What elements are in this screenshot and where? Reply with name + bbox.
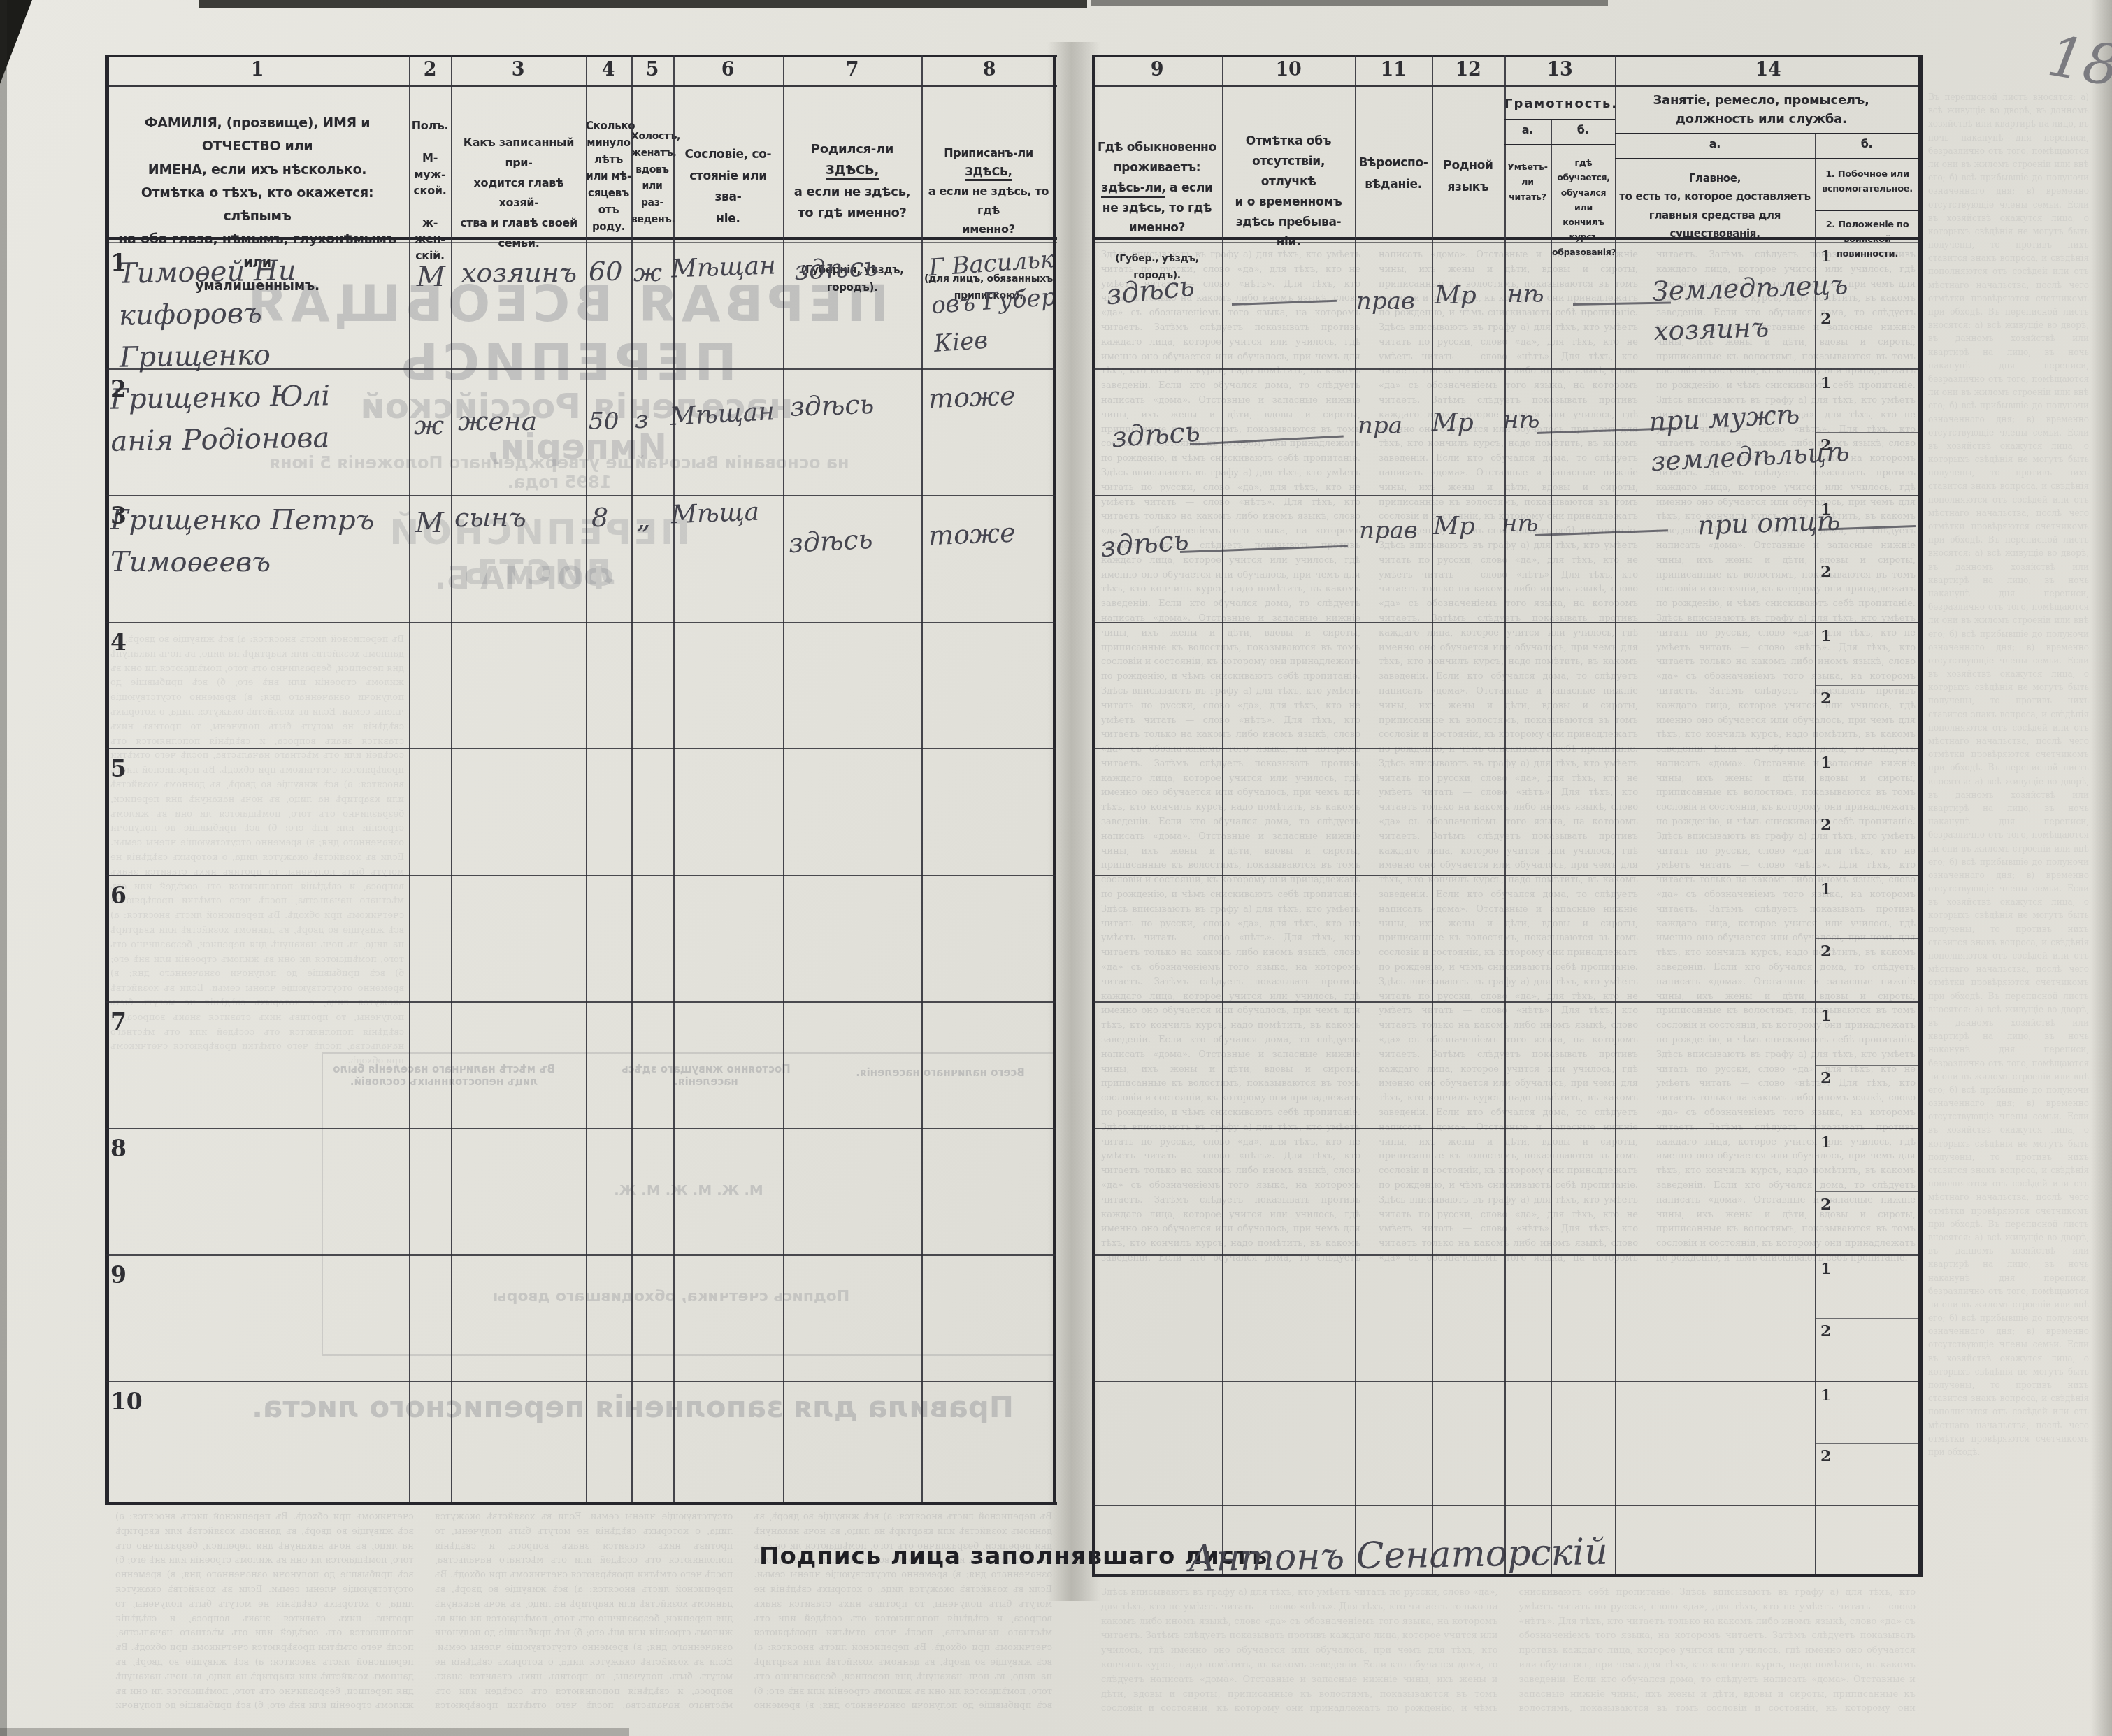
grid-line bbox=[586, 55, 587, 1502]
column-number: 8 bbox=[968, 59, 1010, 80]
grid-line bbox=[1092, 55, 1921, 57]
header-text: а если не здѣсь, то гдѣ именно? bbox=[784, 182, 920, 224]
entry-language: Мр bbox=[1435, 277, 1477, 315]
grid-line bbox=[1816, 432, 1918, 433]
header-occupation-a-label: а. bbox=[1615, 137, 1815, 150]
entry-age: 8 bbox=[591, 498, 608, 538]
row-number: 5 bbox=[110, 755, 127, 782]
subrow-label-2: 2 bbox=[1820, 1322, 1831, 1340]
grid-line bbox=[1816, 1191, 1918, 1192]
grid-line bbox=[1615, 133, 1918, 134]
subrow-label-2: 2 bbox=[1820, 1069, 1831, 1087]
bottom-edge-shadow bbox=[0, 1728, 629, 1736]
grid-line bbox=[1092, 242, 1921, 243]
subrow-label-1: 1 bbox=[1820, 627, 1831, 645]
entry-name: Грищенко Юлі анія Родіонова bbox=[110, 373, 412, 462]
entry-relation: сынъ bbox=[454, 498, 526, 538]
entry-occupation: Земледѣлецъ хозяинъ bbox=[1651, 265, 1850, 352]
subrow-label-2: 2 bbox=[1820, 436, 1831, 454]
entry-language: Мр bbox=[1433, 508, 1475, 545]
subrow-label-1: 1 bbox=[1820, 1007, 1831, 1025]
column-number: 14 bbox=[1747, 59, 1789, 80]
entry-marital: з bbox=[635, 401, 649, 439]
header-occupation-title: Занятіе, ремесло, промыселъ, должность и… bbox=[1619, 91, 1903, 129]
grid-line bbox=[1093, 1128, 1918, 1129]
header-literacy-b-text: гдѣ обучается, обучался или кончилъ курс… bbox=[1552, 155, 1615, 259]
grid-line bbox=[105, 55, 109, 1505]
entry-residence: здѣсь bbox=[1110, 411, 1202, 459]
column-number: 12 bbox=[1447, 59, 1489, 80]
grid-line bbox=[1551, 120, 1552, 1574]
entry-name: Грищенко Петръ Тимоѳеевъ bbox=[110, 499, 411, 583]
top-edge-shadow bbox=[1091, 0, 1608, 6]
grid-line bbox=[1093, 1381, 1918, 1382]
grid-line bbox=[1093, 1505, 1918, 1506]
bleed-forma: ФОРМА Б. bbox=[391, 561, 657, 596]
entry-estate: Мѣщан bbox=[670, 247, 777, 288]
bleed-tally-mzh: М. Ж. М. Ж. М. Ж. bbox=[329, 1182, 1049, 1198]
subrow-label-1: 1 bbox=[1820, 1386, 1831, 1405]
header-occupation-b-item1: 1. Побочное или вспомогательное. bbox=[1818, 168, 1917, 197]
bleed-text-block: Въ переписной листъ вносятся: а) всѣ жив… bbox=[110, 633, 404, 1115]
grid-line bbox=[1222, 55, 1223, 1574]
grid-line bbox=[1816, 812, 1918, 812]
header-occupation-a-text: Главное, то есть то, которое доставляетъ… bbox=[1618, 169, 1812, 243]
subrow-label-1: 1 bbox=[1820, 1133, 1831, 1152]
grid-line bbox=[105, 85, 1057, 87]
column-number: 3 bbox=[497, 59, 539, 80]
header-age-column: Сколько минуло лѣтъ или мѣ- сяцевъ отъ р… bbox=[586, 117, 631, 235]
header-text: Родился-ли bbox=[811, 142, 893, 157]
row-number: 10 bbox=[110, 1388, 142, 1415]
subrow-label-1: 1 bbox=[1820, 248, 1831, 266]
header-text: Гдѣ обыкновенно проживаетъ: bbox=[1098, 141, 1216, 175]
folio-number: 18 bbox=[2041, 14, 2112, 109]
header-underlined-word: ЗДѢСЬ, bbox=[826, 163, 879, 180]
entry-literacy: нѣ bbox=[1507, 277, 1544, 313]
entry-faith: прав bbox=[1356, 284, 1415, 320]
entry-sex: ж bbox=[414, 406, 444, 445]
grid-line bbox=[1093, 875, 1918, 876]
column-number: 11 bbox=[1372, 59, 1414, 80]
entry-relation: хозяинъ bbox=[461, 253, 577, 293]
grid-line bbox=[1816, 685, 1918, 686]
subrow-label-2: 2 bbox=[1820, 689, 1831, 708]
entry-faith: прав bbox=[1359, 513, 1418, 549]
grid-line bbox=[1093, 368, 1918, 370]
row-number: 6 bbox=[110, 882, 127, 909]
grid-line bbox=[1093, 495, 1918, 496]
header-underlined-word: здѣсь-ли, bbox=[1101, 181, 1165, 198]
entry-birthplace: здѣсь bbox=[788, 519, 874, 564]
column-number: 4 bbox=[587, 59, 629, 80]
grid-line bbox=[106, 748, 1056, 749]
grid-line bbox=[1093, 1001, 1918, 1003]
grid-line bbox=[106, 495, 1056, 496]
header-marital-column: Холостъ, женатъ, вдовъ или раз- веденъ. bbox=[631, 129, 673, 229]
row-number: 3 bbox=[110, 502, 127, 529]
entry-literacy: нѣ bbox=[1502, 506, 1538, 542]
grid-line bbox=[1093, 1254, 1918, 1256]
subrow-label-1: 1 bbox=[1820, 880, 1831, 898]
grid-line bbox=[106, 368, 1056, 370]
entry-sex: М bbox=[415, 502, 444, 544]
subrow-label-2: 2 bbox=[1820, 1447, 1831, 1465]
left-edge-shadow bbox=[0, 0, 7, 1736]
subrow-label-1: 1 bbox=[1820, 1260, 1831, 1278]
column-number: 5 bbox=[631, 59, 673, 80]
header-absence-column: Отмѣтка объ отсутствіи, отлучкѣ и о врем… bbox=[1223, 131, 1353, 252]
grid-line bbox=[105, 242, 1057, 243]
grid-line bbox=[1355, 55, 1356, 1574]
grid-line bbox=[1816, 938, 1918, 939]
grid-line bbox=[1816, 559, 1918, 559]
column-number: 2 bbox=[409, 59, 451, 80]
top-edge-shadow bbox=[199, 0, 1087, 8]
grid-line bbox=[1815, 134, 1816, 1574]
grid-line bbox=[106, 622, 1056, 623]
grid-line bbox=[1092, 55, 1095, 1577]
header-literacy-a-label: а. bbox=[1504, 123, 1551, 136]
entry-estate: Мѣщан bbox=[669, 393, 775, 436]
subrow-label-2: 2 bbox=[1820, 942, 1831, 961]
grid-line bbox=[105, 237, 1057, 240]
column-number: 1 bbox=[236, 59, 278, 80]
grid-line bbox=[1615, 55, 1616, 1574]
header-occupation-b-label: б. bbox=[1815, 137, 1918, 150]
grid-line bbox=[106, 1001, 1056, 1003]
grid-line bbox=[451, 55, 452, 1502]
subrow-label-2: 2 bbox=[1820, 816, 1831, 834]
column-number: 6 bbox=[707, 59, 749, 80]
bleed-rules-heading: Правила для заполненія переписного листа… bbox=[231, 1390, 1035, 1424]
subrow-label-1: 1 bbox=[1820, 754, 1831, 772]
bleed-text-block: Въ переписной листъ вносятся: а) всѣ жив… bbox=[115, 1510, 1052, 1720]
header-estate-column: Сословіе, со- стояніе или зва- ніе. bbox=[675, 144, 782, 229]
entry-relation: жена bbox=[458, 401, 537, 441]
grid-line bbox=[1093, 748, 1918, 749]
entry-marital: ж bbox=[633, 254, 662, 292]
entry-registration: тоже bbox=[928, 376, 1017, 419]
column-number: 9 bbox=[1136, 59, 1178, 80]
grid-line bbox=[1053, 55, 1056, 1505]
row-number: 9 bbox=[110, 1261, 127, 1289]
header-literacy-b-label: б. bbox=[1551, 123, 1615, 136]
header-text: а если не здѣсь, то гдѣ именно? bbox=[923, 182, 1054, 239]
grid-line bbox=[921, 55, 923, 1502]
right-edge-shadow bbox=[2090, 0, 2112, 1736]
subrow-label-2: 2 bbox=[1820, 1196, 1831, 1214]
grid-line bbox=[1432, 55, 1433, 1574]
entry-faith: пра bbox=[1358, 408, 1402, 444]
subrow-label-2: 2 bbox=[1820, 310, 1831, 328]
bleed-text-block: Здѣсь вписываютъ въ графу а) для тѣхъ, к… bbox=[1101, 1586, 1916, 1722]
grid-line bbox=[1815, 210, 1918, 211]
entry-registration: тоже bbox=[928, 513, 1017, 556]
bleed-tally-header: Всего наличнаго населенія. bbox=[846, 1066, 1035, 1079]
entry-age: 50 bbox=[589, 404, 619, 440]
grid-line bbox=[631, 55, 633, 1502]
grid-line bbox=[1093, 622, 1918, 623]
subrow-label-1: 1 bbox=[1820, 501, 1831, 519]
census-sheet-scan: ПЕРВАЯ ВСЕОБЩАЯ ПЕРЕПИСЬ населенія Россі… bbox=[0, 0, 2112, 1736]
grid-line bbox=[1092, 237, 1921, 240]
header-language-column: Родной языкъ bbox=[1432, 155, 1504, 198]
grid-line bbox=[106, 1381, 1056, 1382]
row-number: 8 bbox=[110, 1135, 127, 1162]
header-literacy-a-text: Умѣетъ- ли читать? bbox=[1504, 159, 1551, 204]
entry-registration: Г Васильк овъ Губер Кіев bbox=[928, 241, 1061, 363]
entry-marital: „ bbox=[636, 498, 651, 540]
bleed-text-block: Въ переписной листъ вносятся: а) всѣ жив… bbox=[1928, 91, 2089, 1573]
header-faith-column: Вѣроиспо- вѣданіе. bbox=[1355, 152, 1432, 195]
row-number: 4 bbox=[110, 629, 127, 656]
grid-line bbox=[1816, 1318, 1918, 1319]
grid-line bbox=[1504, 144, 1615, 145]
grid-line bbox=[783, 55, 784, 1502]
bleed-tally-box bbox=[322, 1052, 1055, 1356]
bleed-tally-header: Постоянно живущаго здѣсь населенія. bbox=[601, 1063, 811, 1088]
grid-line bbox=[106, 875, 1056, 876]
header-occupation-b-item2: 2. Положеніе по воинской повинности. bbox=[1818, 218, 1917, 261]
header-text: Приписанъ-ли bbox=[944, 146, 1033, 159]
row-number: 1 bbox=[110, 249, 127, 276]
subrow-label-1: 1 bbox=[1820, 374, 1831, 392]
entry-birthplace: здѣсь bbox=[789, 385, 875, 427]
grid-line bbox=[105, 55, 1057, 57]
entry-literacy: нѣ bbox=[1503, 403, 1539, 438]
grid-line bbox=[1816, 1065, 1918, 1066]
grid-line bbox=[1615, 158, 1918, 159]
bleed-title-law: на основаніи Высочайше утвержденнаго Пол… bbox=[245, 453, 874, 492]
header-relation-column: Какъ записанный при- ходится главѣ хозяй… bbox=[452, 133, 585, 254]
grid-line bbox=[1092, 85, 1921, 87]
row-number: 2 bbox=[110, 375, 127, 403]
grid-line bbox=[673, 55, 675, 1502]
header-literacy-title: Грамотность. bbox=[1504, 96, 1615, 111]
grid-line bbox=[1504, 55, 1506, 1574]
grid-line bbox=[106, 1128, 1056, 1129]
entry-estate: Мѣща bbox=[670, 494, 760, 534]
column-number: 7 bbox=[831, 59, 873, 80]
grid-line bbox=[1816, 306, 1918, 306]
grid-line bbox=[1816, 1443, 1918, 1444]
entry-occupation: при отцѣ bbox=[1697, 501, 1841, 545]
row-number: 7 bbox=[110, 1008, 127, 1035]
column-number: 13 bbox=[1539, 59, 1581, 80]
subrow-label-2: 2 bbox=[1820, 563, 1831, 581]
entry-residence: здѣсь bbox=[1099, 519, 1191, 569]
header-underlined-word: ЗДѢСЬ, bbox=[965, 165, 1012, 181]
column-number: 10 bbox=[1267, 59, 1309, 80]
grid-line bbox=[1918, 55, 1923, 1577]
entry-birthplace: здѣсь bbox=[793, 247, 879, 291]
entry-name: Тимоѳей Ни кифоровъ Грищенко bbox=[117, 248, 420, 378]
grid-line bbox=[106, 1254, 1056, 1256]
grid-line bbox=[105, 1502, 1057, 1505]
entry-age: 60 bbox=[589, 252, 622, 292]
entry-sex: М bbox=[417, 256, 445, 298]
entry-language: Мр bbox=[1432, 404, 1474, 442]
grid-line bbox=[1504, 119, 1615, 120]
grid-line bbox=[409, 55, 410, 1502]
bleed-counter-line: Подпись счетчика, обходившаго дворы bbox=[391, 1288, 951, 1305]
grid-line bbox=[1092, 1574, 1921, 1577]
